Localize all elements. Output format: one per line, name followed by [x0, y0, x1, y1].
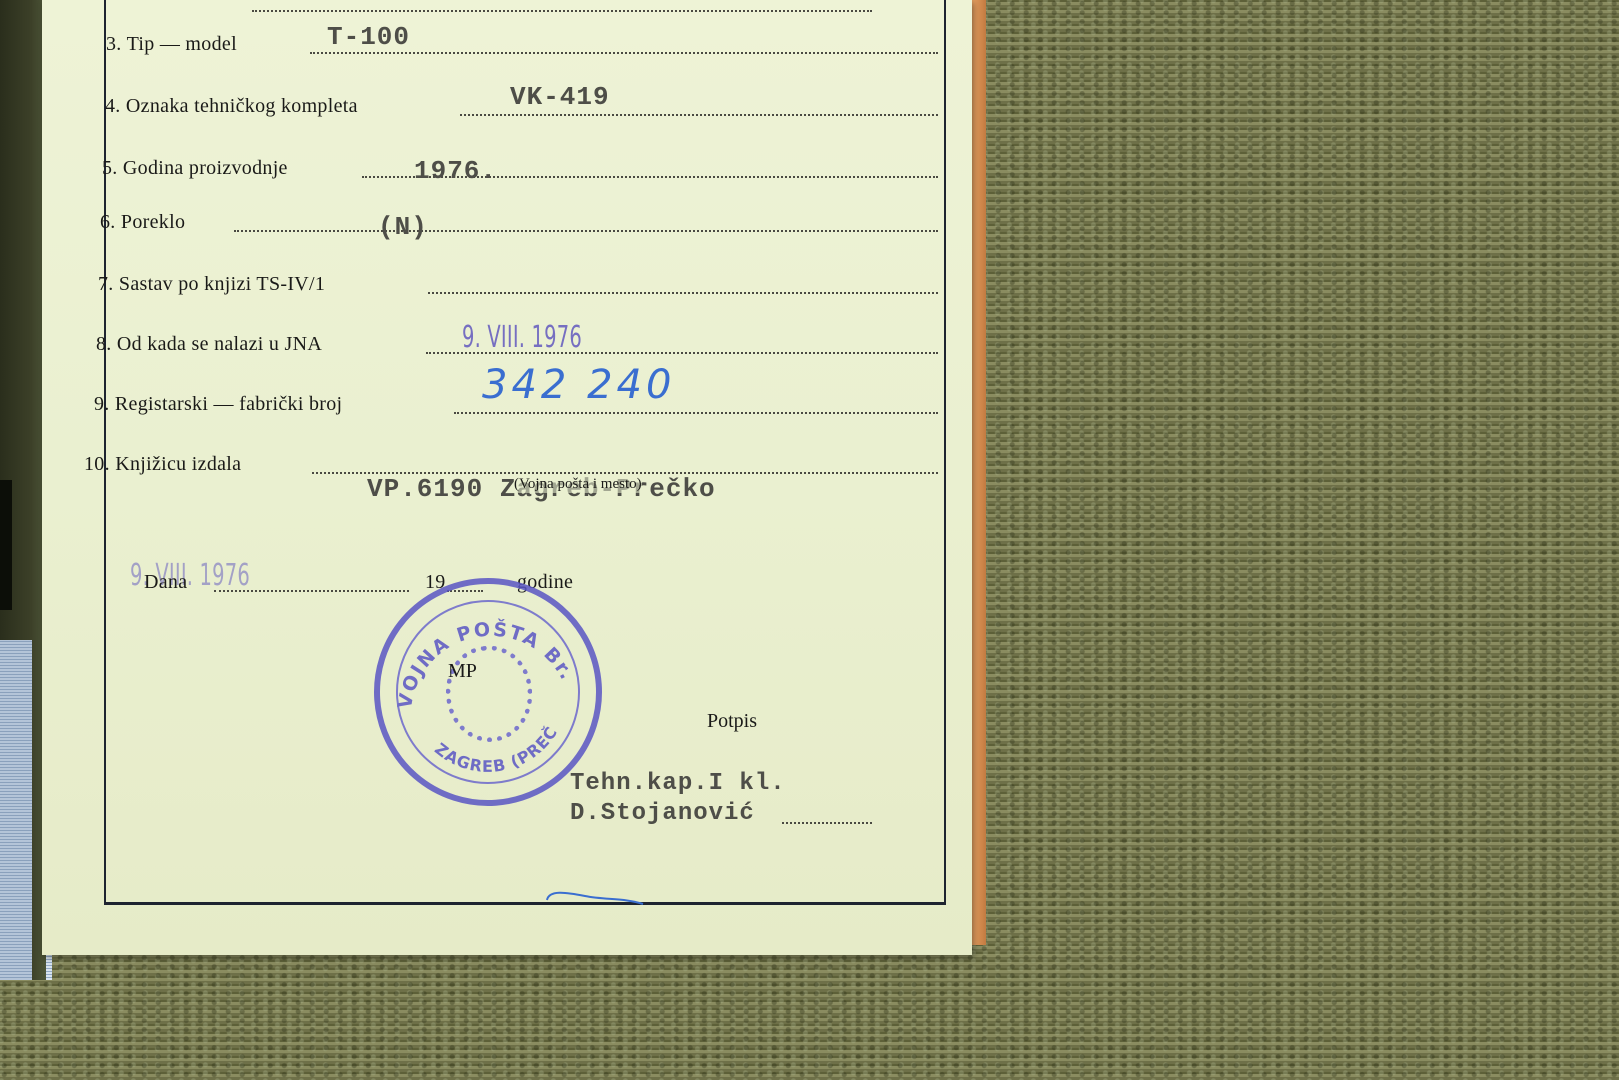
field-value-stamped: 9. VIII. 1976	[462, 320, 582, 355]
field-row-7: 7. Sastav po knjizi TS-IV/1	[42, 262, 972, 302]
document-page: 3. Tip — model T-100 4. Oznaka tehničkog…	[42, 0, 972, 955]
signature-label: Potpis	[707, 710, 757, 733]
field-label: 7. Sastav po knjizi TS-IV/1	[98, 273, 325, 296]
field-value-typed: VK-419	[510, 82, 610, 112]
field-value-typed: T-100	[327, 22, 410, 52]
field-row-9: 9. Registarski — fabrički broj 342 240	[42, 382, 972, 422]
field-row-5: 5. Godina proizvodnje 1976.	[42, 146, 972, 186]
field-label: 6. Poreklo	[100, 211, 185, 234]
official-seal-stamp: VOJNA POŠTA Br. 6190 ZAGREB (PREČKO)	[366, 570, 609, 813]
field-label: 4. Oznaka tehničkog kompleta	[105, 95, 358, 118]
field-label: 8. Od kada se nalazi u JNA	[96, 333, 322, 356]
spine-strip	[0, 480, 12, 610]
field-label: 10. Knjižicu izdala	[84, 453, 241, 476]
field-label: 5. Godina proizvodnje	[102, 157, 288, 180]
top-dotted-line	[252, 10, 872, 12]
field-value-handwritten: 342 240	[482, 362, 675, 408]
field-dotted-line	[310, 52, 938, 54]
field-row-4: 4. Oznaka tehničkog kompleta VK-419	[42, 84, 972, 124]
signature-dotted-line	[782, 822, 872, 824]
field-row-8: 8. Od kada se nalazi u JNA 9. VIII. 1976	[42, 322, 972, 362]
field-value-typed: (N)	[378, 212, 428, 242]
seal-text-ring: VOJNA POŠTA Br. 6190 ZAGREB (PREČKO)	[373, 577, 604, 808]
field-value-typed: 1976.	[414, 156, 497, 186]
pen-scribble-mark	[545, 888, 645, 908]
field-dotted-line	[234, 230, 938, 232]
svg-text:VOJNA POŠTA Br. 6190: VOJNA POŠTA Br. 6190	[373, 577, 584, 714]
signature-name: D.Stojanović	[570, 800, 755, 827]
field-row-6: 6. Poreklo (N)	[42, 200, 972, 240]
field-row-3: 3. Tip — model T-100	[42, 22, 972, 62]
seal-mp-label: MP	[448, 660, 477, 683]
date-label: Dana	[144, 571, 187, 594]
field-dotted-line	[460, 114, 938, 116]
field-label: 3. Tip — model	[106, 33, 237, 56]
field-label: 9. Registarski — fabrički broj	[94, 393, 342, 416]
field-dotted-line	[428, 292, 938, 294]
cloth-binding	[0, 640, 32, 980]
field-dotted-line	[454, 412, 938, 414]
issuer-caption: (Vojna pošta i mesto)	[514, 476, 642, 493]
